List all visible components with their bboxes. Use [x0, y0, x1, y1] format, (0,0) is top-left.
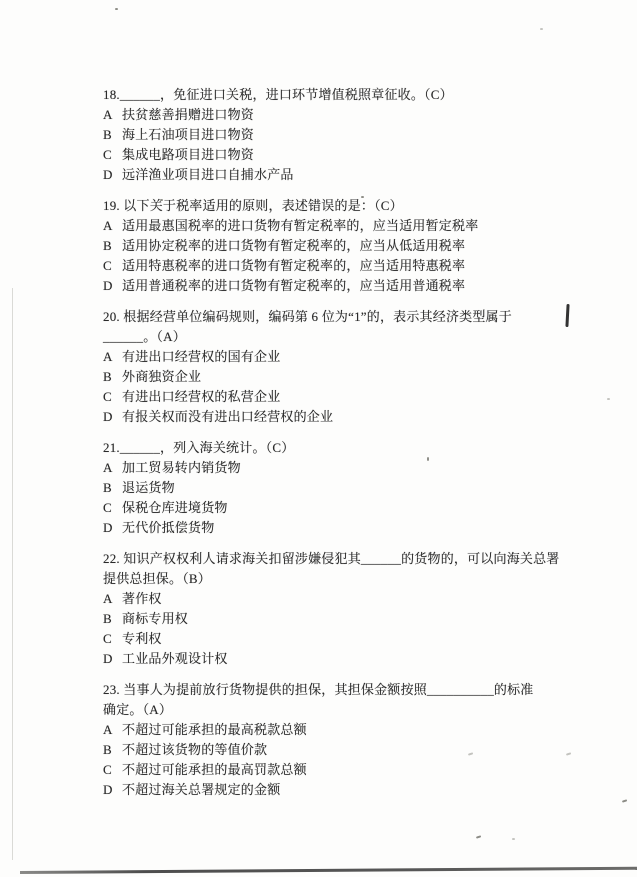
scan-speck — [427, 457, 429, 461]
option-letter: A — [103, 589, 122, 609]
question-20: 20. 根据经营单位编码规则，编码第 6 位为“1”的，表示其经济类型属于 __… — [103, 307, 573, 427]
exam-questions-block: 18.______，免征进口关税，进口环节增值税照章征收。（C） A 扶贫慈善捐… — [103, 85, 573, 811]
question-20-stem-line-1: 20. 根据经营单位编码规则，编码第 6 位为“1”的，表示其经济类型属于 — [103, 307, 573, 327]
option-letter: D — [103, 276, 122, 296]
option-letter: C — [103, 387, 122, 407]
option-text: 专利权 — [122, 629, 162, 649]
option-text: 不超过该货物的等值价款 — [122, 740, 267, 760]
option-letter: B — [103, 125, 122, 145]
question-22-option-b: B 商标专用权 — [103, 609, 573, 629]
option-letter: D — [103, 518, 122, 538]
option-text: 退运货物 — [122, 478, 175, 498]
question-18-option-b: B 海上石油项目进口物资 — [103, 125, 573, 145]
option-letter: C — [103, 760, 122, 780]
scan-speck — [115, 8, 118, 10]
option-letter: C — [103, 145, 122, 165]
question-22-stem-line-2: 提供总担保。（B） — [103, 569, 573, 589]
question-22-option-c: C 专利权 — [103, 629, 573, 649]
option-text: 扶贫慈善捐赠进口物资 — [122, 105, 254, 125]
question-21-option-c: C 保税仓库进境货物 — [103, 498, 573, 518]
option-text: 有报关权而没有进出口经营权的企业 — [122, 407, 333, 427]
question-20-option-c: C 有进出口经营权的私营企业 — [103, 387, 573, 407]
paper-fold-line — [12, 288, 13, 860]
option-text: 有进出口经营权的国有企业 — [122, 347, 280, 367]
option-letter: A — [103, 216, 122, 236]
option-text: 适用特惠税率的进口货物有暂定税率的，应当适用特惠税率 — [122, 256, 465, 276]
option-letter: C — [103, 629, 122, 649]
question-21: 21.______，列入海关统计。（C） A 加工贸易转内销货物 B 退运货物 … — [103, 438, 573, 538]
option-text: 适用协定税率的进口货物有暂定税率的，应当从低适用税率 — [122, 236, 465, 256]
question-23-stem-line-1: 23. 当事人为提前放行货物提供的担保，其担保金额按照__________的标准 — [103, 680, 573, 700]
option-letter: B — [103, 367, 122, 387]
option-text: 有进出口经营权的私营企业 — [122, 387, 280, 407]
question-19-option-c: C 适用特惠税率的进口货物有暂定税率的，应当适用特惠税率 — [103, 256, 573, 276]
question-23-option-c: C 不超过可能承担的最高罚款总额 — [103, 760, 573, 780]
question-18-stem: 18.______，免征进口关税，进口环节增值税照章征收。（C） — [103, 85, 573, 105]
option-text: 不超过可能承担的最高税款总额 — [122, 720, 307, 740]
option-letter: D — [103, 649, 122, 669]
scanned-exam-page: 18.______，免征进口关税，进口环节增值税照章征收。（C） A 扶贫慈善捐… — [0, 0, 637, 877]
option-text: 加工贸易转内销货物 — [122, 458, 241, 478]
question-21-option-a: A 加工贸易转内销货物 — [103, 458, 573, 478]
question-19-stem: 19. 以下关于税率适用的原则，表述错误的是：（C） — [103, 196, 573, 216]
question-20-option-d: D 有报关权而没有进出口经营权的企业 — [103, 407, 573, 427]
option-letter: C — [103, 498, 122, 518]
option-text: 商标专用权 — [122, 609, 188, 629]
option-letter: D — [103, 165, 122, 185]
question-19-option-b: B 适用协定税率的进口货物有暂定税率的，应当从低适用税率 — [103, 236, 573, 256]
question-23-option-a: A 不超过可能承担的最高税款总额 — [103, 720, 573, 740]
question-19-option-d: D 适用普通税率的进口货物有暂定税率的，应当适用普通税率 — [103, 276, 573, 296]
option-letter: B — [103, 740, 122, 760]
question-18: 18.______，免征进口关税，进口环节增值税照章征收。（C） A 扶贫慈善捐… — [103, 85, 573, 185]
question-23-stem-line-2: 确定。（A） — [103, 700, 573, 720]
option-text: 工业品外观设计权 — [122, 649, 228, 669]
question-23-option-d: D 不超过海关总署规定的金额 — [103, 780, 573, 800]
option-text: 著作权 — [122, 589, 162, 609]
option-letter: B — [103, 609, 122, 629]
question-22: 22. 知识产权权利人请求海关扣留涉嫌侵犯其______的货物的，可以向海关总署… — [103, 549, 573, 669]
option-text: 适用最惠国税率的进口货物有暂定税率的，应当适用暂定税率 — [122, 216, 478, 236]
scan-speck — [607, 398, 610, 400]
option-letter: A — [103, 458, 122, 478]
question-18-option-a: A 扶贫慈善捐赠进口物资 — [103, 105, 573, 125]
question-18-option-c: C 集成电路项目进口物资 — [103, 145, 573, 165]
option-letter: B — [103, 478, 122, 498]
option-letter: A — [103, 347, 122, 367]
scan-speck — [622, 799, 627, 802]
option-letter: C — [103, 256, 122, 276]
question-23: 23. 当事人为提前放行货物提供的担保，其担保金额按照__________的标准… — [103, 680, 573, 800]
question-22-option-d: D 工业品外观设计权 — [103, 649, 573, 669]
question-21-stem: 21.______，列入海关统计。（C） — [103, 438, 573, 458]
option-letter: D — [103, 780, 122, 800]
option-text: 保税仓库进境货物 — [122, 498, 228, 518]
question-19-option-a: A 适用最惠国税率的进口货物有暂定税率的，应当适用暂定税率 — [103, 216, 573, 236]
question-21-option-d: D 无代价抵偿货物 — [103, 518, 573, 538]
question-18-option-d: D 远洋渔业项目进口自捕水产品 — [103, 165, 573, 185]
question-23-option-b: B 不超过该货物的等值价款 — [103, 740, 573, 760]
option-text: 远洋渔业项目进口自捕水产品 — [122, 165, 294, 185]
option-text: 集成电路项目进口物资 — [122, 145, 254, 165]
option-letter: D — [103, 407, 122, 427]
scan-speck — [361, 196, 364, 198]
option-letter: A — [103, 105, 122, 125]
option-text: 无代价抵偿货物 — [122, 518, 214, 538]
question-19: 19. 以下关于税率适用的原则，表述错误的是：（C） A 适用最惠国税率的进口货… — [103, 196, 573, 296]
scan-speck — [512, 838, 515, 840]
option-letter: B — [103, 236, 122, 256]
question-20-option-b: B 外商独资企业 — [103, 367, 573, 387]
paper-bottom-edge-shadow — [20, 867, 637, 874]
option-text: 适用普通税率的进口货物有暂定税率的，应当适用普通税率 — [122, 276, 465, 296]
option-text: 外商独资企业 — [122, 367, 201, 387]
question-20-option-a: A 有进出口经营权的国有企业 — [103, 347, 573, 367]
question-20-stem-line-2: ______。（A） — [103, 327, 573, 347]
option-text: 海上石油项目进口物资 — [122, 125, 254, 145]
scan-speck — [160, 199, 163, 201]
question-22-option-a: A 著作权 — [103, 589, 573, 609]
question-21-option-b: B 退运货物 — [103, 478, 573, 498]
scan-speck — [540, 28, 543, 30]
option-text: 不超过海关总署规定的金额 — [122, 780, 280, 800]
option-letter: A — [103, 720, 122, 740]
question-22-stem-line-1: 22. 知识产权权利人请求海关扣留涉嫌侵犯其______的货物的，可以向海关总署 — [103, 549, 573, 569]
scan-speck — [476, 835, 481, 838]
option-text: 不超过可能承担的最高罚款总额 — [122, 760, 307, 780]
